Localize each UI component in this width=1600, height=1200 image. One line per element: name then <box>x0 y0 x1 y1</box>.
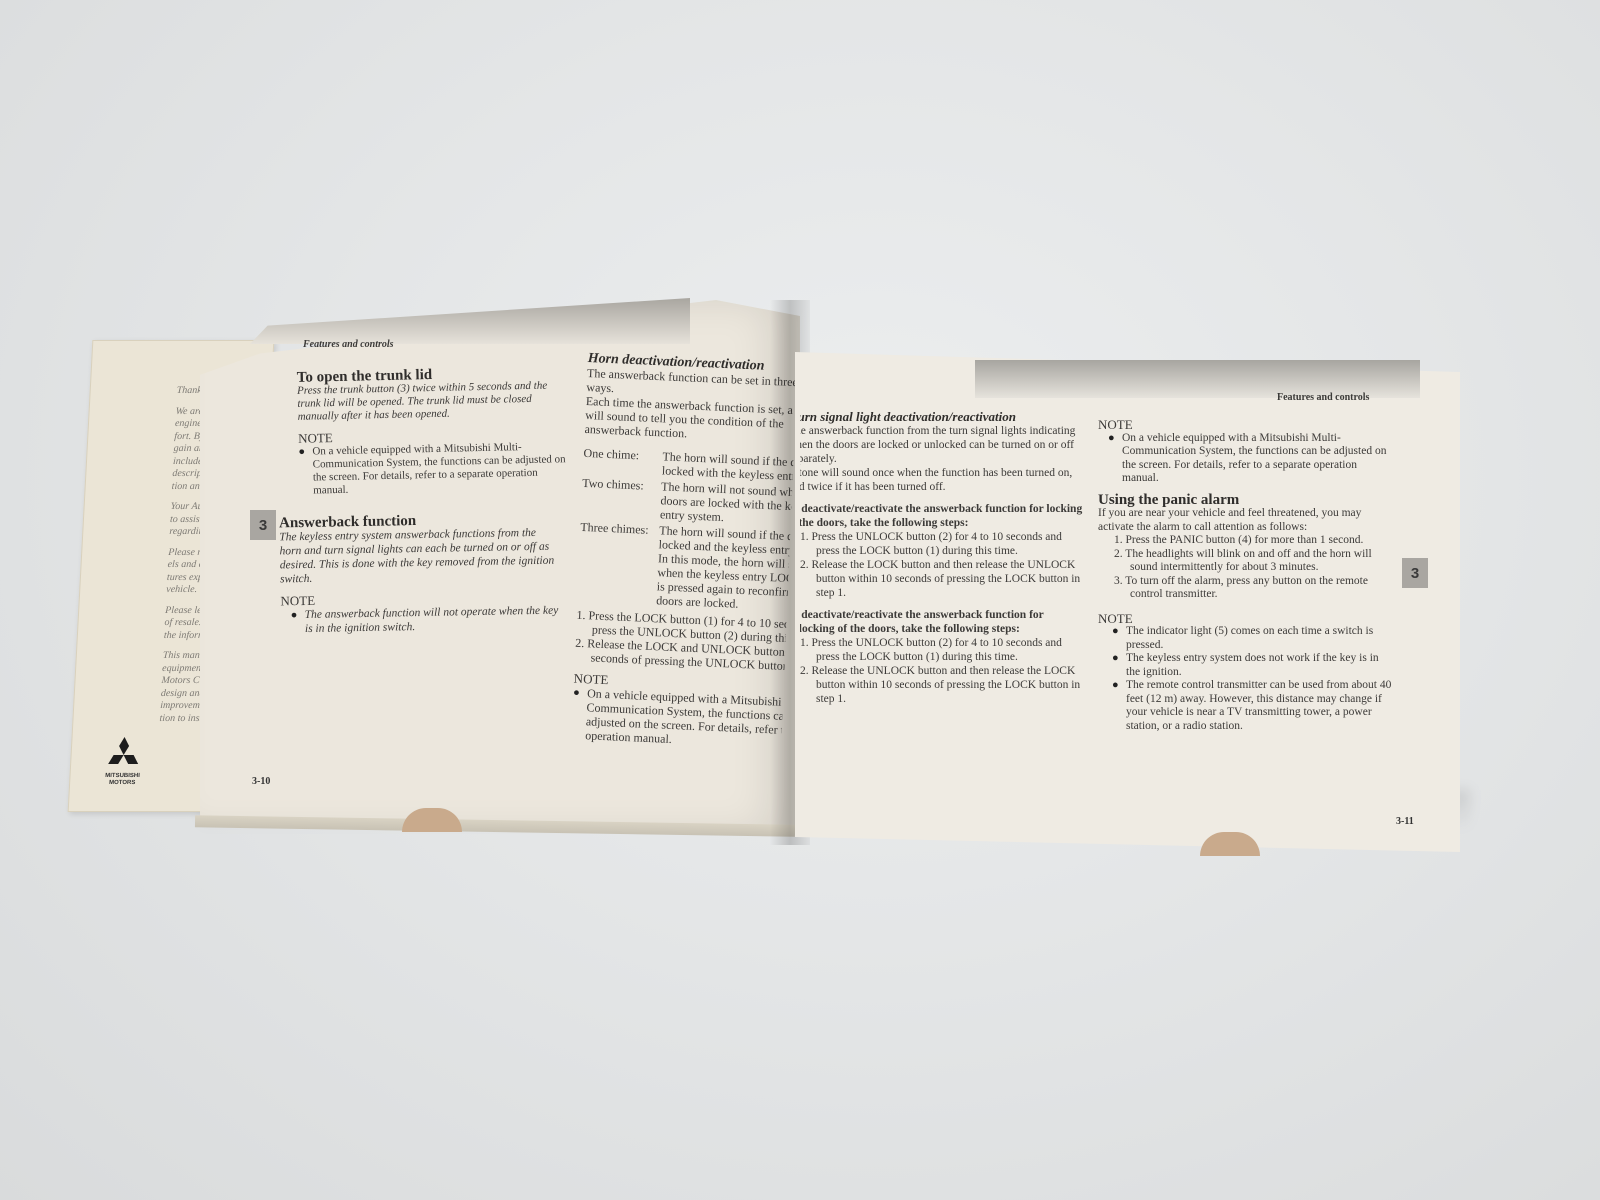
panic-intro: If you are near your vehicle and feel th… <box>1098 507 1393 534</box>
running-header-right: Features and controls <box>1277 392 1369 403</box>
note-bullet: On a vehicle equipped with a Mitsubishi … <box>1108 432 1393 486</box>
panic-step: 2. The headlights will blink on and off … <box>1114 548 1393 575</box>
turn-signal-section: Turn signal light deactivation/reactivat… <box>800 410 1085 706</box>
unlocking-step: 1. Press the UNLOCK button (2) for 4 to … <box>800 636 1085 664</box>
chime-label: One chime: <box>583 446 659 477</box>
chime-label: Three chimes: <box>577 520 656 607</box>
chime-table: One chime: The horn will sound if the do… <box>577 446 798 615</box>
section-heading-panic: Using the panic alarm <box>1098 494 1393 508</box>
locking-step: 1. Press the UNLOCK button (2) for 4 to … <box>800 530 1085 558</box>
mitsubishi-logo: MITSUBISHI MOTORS <box>100 737 147 787</box>
logo-wordmark: MITSUBISHI MOTORS <box>100 773 145 787</box>
unlocking-steps-heading: To deactivate/reactivate the answerback … <box>800 608 1085 636</box>
chapter-tab-left: 3 <box>250 510 276 540</box>
note-bullet: On a vehicle equipped with a Mitsubishi … <box>298 440 569 498</box>
note-bullet: The indicator light (5) comes on each ti… <box>1112 625 1393 652</box>
chime-label: Two chimes: <box>581 476 658 521</box>
note-bullet: On a vehicle equipped with a Mitsubishi … <box>571 686 798 754</box>
note-bullet: The answerback function will not operate… <box>291 604 559 637</box>
running-header-left: Features and controls <box>303 339 394 350</box>
trunk-body: Press the trunk button (3) twice within … <box>297 379 568 424</box>
note-label: NOTE <box>1098 418 1393 432</box>
turn-signal-body-1: The answerback function from the turn si… <box>800 424 1085 466</box>
page-number-right: 3-11 <box>1396 816 1414 827</box>
chapter-tab-right: 3 <box>1402 558 1428 588</box>
right-column-2: NOTE On a vehicle equipped with a Mitsub… <box>1098 418 1393 733</box>
horn-intro-2: Each time the answerback function is set… <box>584 394 797 446</box>
locking-step: 2. Release the LOCK button and then rele… <box>800 558 1085 600</box>
panic-step: 3. To turn off the alarm, press any butt… <box>1114 575 1393 602</box>
answerback-section: Answerback function The keyless entry sy… <box>279 512 559 637</box>
trunk-lid-section: To open the trunk lid Press the trunk bu… <box>297 365 570 498</box>
page-number-left: 3-10 <box>252 776 270 787</box>
panic-step: 1. Press the PANIC button (4) for more t… <box>1114 534 1393 548</box>
note-bullet: The keyless entry system does not work i… <box>1112 652 1393 679</box>
horn-section: Horn deactivation/reactivation The answe… <box>569 352 798 801</box>
three-diamonds-icon <box>103 737 145 773</box>
note-bullet: The remote control transmitter can be us… <box>1112 679 1393 733</box>
locking-steps-heading: To deactivate/reactivate the answerback … <box>800 502 1085 530</box>
note-label: NOTE <box>1098 612 1393 626</box>
unlocking-step: 2. Release the UNLOCK button and then re… <box>800 664 1085 706</box>
left-page-header-band <box>250 298 690 344</box>
answerback-body: The keyless entry system answerback func… <box>279 526 558 587</box>
section-heading-turn-signal: Turn signal light deactivation/reactivat… <box>800 410 1085 424</box>
turn-signal-body-2: A tone will sound once when the function… <box>800 466 1085 494</box>
